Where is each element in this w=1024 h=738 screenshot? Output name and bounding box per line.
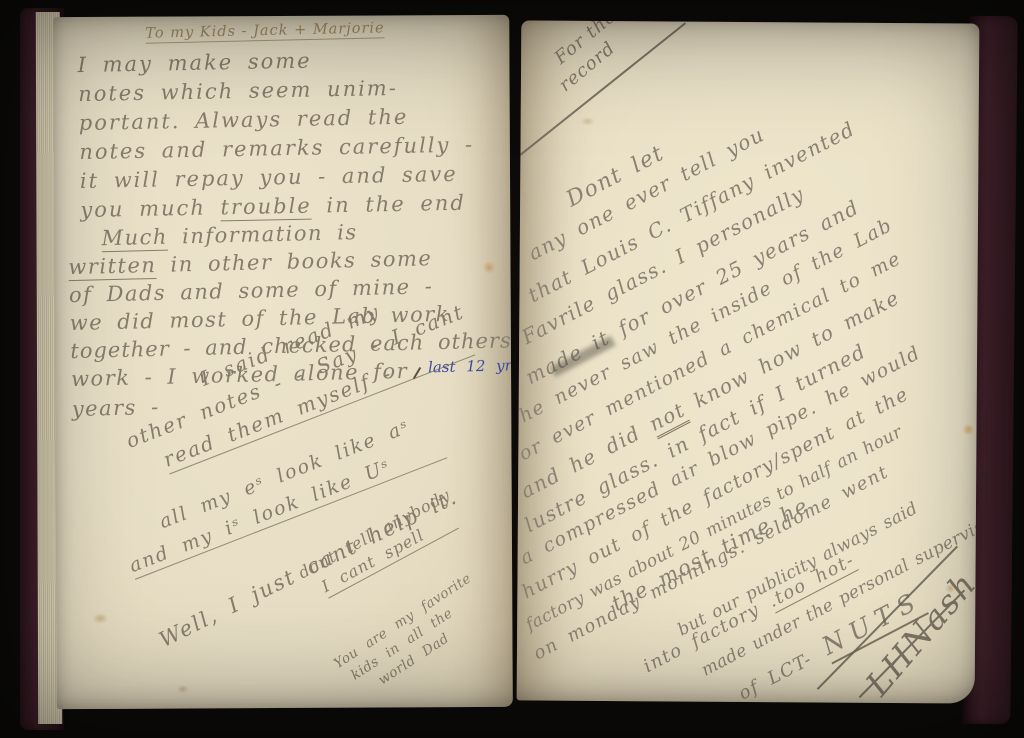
underlined-word: Much	[101, 225, 168, 253]
line-fragment: in the end	[311, 191, 465, 218]
underlined-word: trouble	[220, 194, 312, 222]
paper-stain	[581, 117, 595, 126]
right-page: For the record Dont let any one ever tel…	[517, 20, 980, 703]
line-fragment: information is	[168, 220, 358, 249]
for-the-record-note: For the record	[539, 20, 637, 97]
paper-stain	[962, 423, 974, 435]
note-favorite-kids: You are my favorite kids in all the worl…	[331, 569, 497, 705]
left-page: To my Kids - Jack + Marjorie I may make …	[53, 15, 513, 709]
paragraph-notes-warning: I may make some notes which seem unim- p…	[77, 43, 475, 225]
underlined-word: written	[68, 253, 157, 281]
dedication-text: To my Kids - Jack + Marjorie	[145, 20, 385, 43]
paper-stain	[177, 684, 189, 693]
line-fragment: you much	[80, 195, 221, 222]
dedication-note: To my Kids - Jack + Marjorie	[145, 20, 385, 41]
photographed-open-notebook: To my Kids - Jack + Marjorie I may make …	[0, 0, 1024, 738]
paper-stain	[92, 613, 108, 624]
